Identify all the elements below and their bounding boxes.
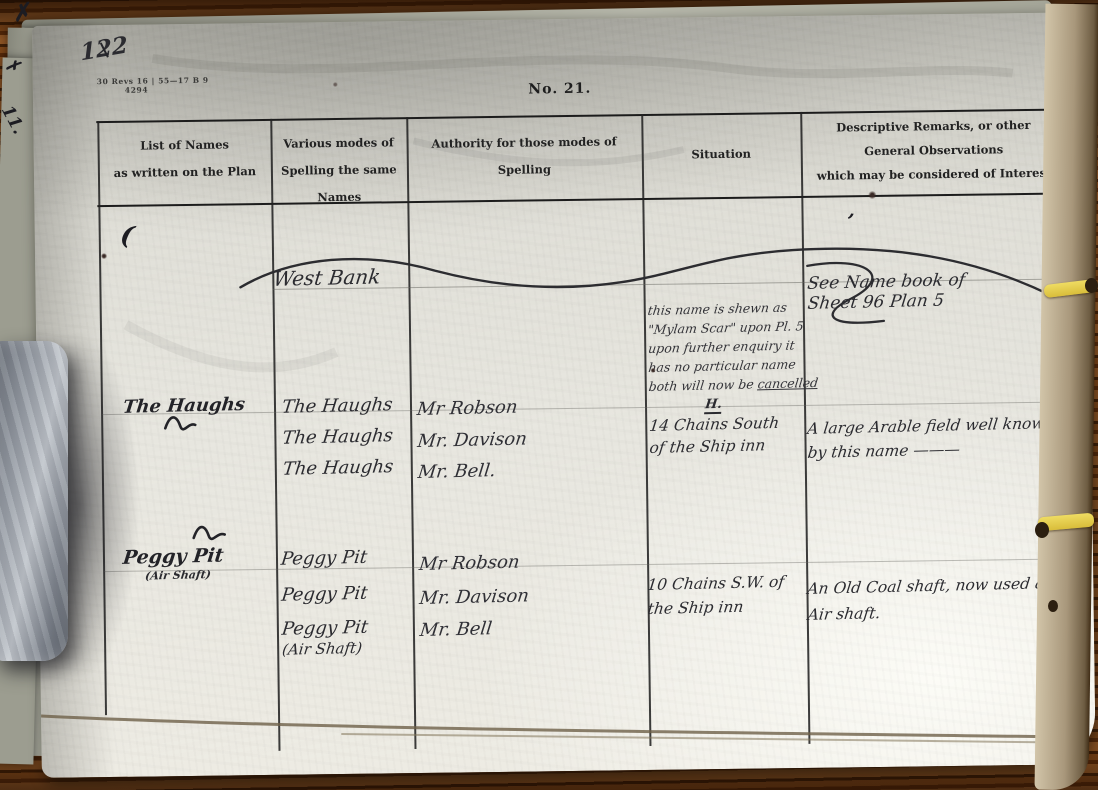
authorities-peggy-pit: Mr Robson Mr. Davison Mr. Bell — [419, 553, 529, 641]
header-line: General Observations — [801, 136, 1067, 163]
thread-knot — [1035, 522, 1049, 538]
entry-name-west-bank: West Bank — [272, 264, 382, 291]
header-line: as written on the Plan — [99, 158, 271, 187]
note-line: both will now be cancelled — [648, 373, 820, 396]
spellings-peggy-pit: Peggy Pit Peggy Pit Peggy Pit (Air Shaft… — [281, 548, 368, 659]
column-divider-1 — [270, 119, 280, 751]
print-reference: 30 Revs 16 | 55—17 B 9 — [97, 76, 209, 86]
spelling-item: Peggy Pit — [280, 583, 369, 606]
situation-the-haughs: 14 Chains South of the Ship inn — [649, 415, 779, 457]
header-line: Various modes of — [270, 129, 406, 158]
situation-line: of the Ship inn — [649, 436, 781, 457]
spelling-item: Peggy Pit — [280, 547, 369, 570]
column-header-names: List of Names as written on the Plan — [98, 131, 271, 187]
header-line: Situation — [642, 140, 801, 169]
ink-spot — [868, 191, 876, 199]
guide-rule-3 — [104, 558, 1072, 572]
column-header-authority: Authority for those modes of Spelling — [406, 128, 642, 185]
authority-item: Mr. Davison — [416, 428, 528, 452]
guide-rule-2 — [102, 401, 1070, 415]
spelling-item: Peggy Pit — [281, 617, 370, 640]
situation-note-west-bank: this name is shewn as "Mylam Scar" upon … — [648, 299, 818, 396]
authorities-the-haughs: Mr Robson Mr. Davison Mr. Bell. — [417, 398, 527, 483]
header-line: Spelling the same Names — [271, 156, 408, 212]
remarks-the-haughs: A large Arable field well known by this … — [807, 417, 1055, 462]
entry-name-the-haughs: The Haughs — [122, 394, 246, 418]
column-divider-2 — [406, 117, 416, 749]
ink-spot — [101, 253, 107, 259]
cloth-bookmark — [0, 341, 68, 661]
spelling-item: The Haughs — [281, 425, 394, 449]
column-header-remarks: Descriptive Remarks, or other General Ob… — [800, 112, 1067, 187]
remarks-west-bank: See Name book of Sheet 96 Plan 5 — [807, 272, 965, 314]
pen-flourish: ( — [117, 220, 136, 252]
authority-item: Mr. Bell — [419, 617, 531, 641]
note-line-tail: both will now be — [648, 376, 759, 394]
header-line: Authority for those modes of — [406, 128, 641, 158]
situation-line: 10 Chains S.W. of — [646, 573, 785, 594]
ink-spot — [651, 368, 656, 373]
authority-item: Mr Robson — [416, 396, 528, 420]
cancelled-word: cancelled — [757, 375, 819, 391]
situation-peggy-pit: 10 Chains S.W. of the Ship inn — [647, 574, 784, 618]
situation-line: 14 Chains South — [648, 414, 780, 435]
header-line: which may be considered of Interest — [801, 160, 1067, 187]
scanned-name-book-photo: ✗ ✗ 11. 122 30 Revs 16 | 55—17 B 9 4294 … — [0, 0, 1098, 790]
column-header-spelling: Various modes of Spelling the same Names — [270, 129, 407, 212]
header-line: Descriptive Remarks, or other — [800, 112, 1066, 139]
thread-knot — [1085, 278, 1098, 293]
spellings-the-haughs: The Haughs The Haughs The Haughs — [282, 395, 393, 479]
spelling-item: The Haughs — [282, 456, 395, 480]
authority-item: Mr. Bell. — [417, 459, 529, 483]
authority-item: Mr. Davison — [418, 585, 530, 609]
next-page-edge — [1035, 4, 1098, 790]
authority-item: Mr Robson — [418, 551, 530, 575]
column-header-situation: Situation — [642, 140, 801, 169]
spelling-item: The Haughs — [281, 394, 394, 418]
remark-line: A large Arable field well known — [806, 414, 1056, 438]
situation-line: the Ship inn — [647, 597, 786, 618]
remark-line: by this name ——— — [807, 438, 1057, 462]
pen-mark-icon: ✗ — [9, 0, 33, 28]
examiner-mark: H. — [704, 397, 723, 414]
ink-spot — [333, 82, 338, 87]
remark-line: Sheet 96 Plan 5 — [807, 290, 967, 314]
thread-knot — [1048, 600, 1058, 612]
spelling-item: (Air Shaft) — [281, 639, 369, 659]
header-line: Spelling — [407, 155, 642, 185]
table-header-rule — [97, 192, 1069, 206]
header-line: List of Names — [98, 131, 270, 160]
entry-name-qualifier: (Air Shaft) — [144, 568, 211, 583]
pen-flourish: ʼ — [845, 209, 855, 234]
document-page: 122 30 Revs 16 | 55—17 B 9 4294 No. 21. … — [32, 12, 1096, 778]
